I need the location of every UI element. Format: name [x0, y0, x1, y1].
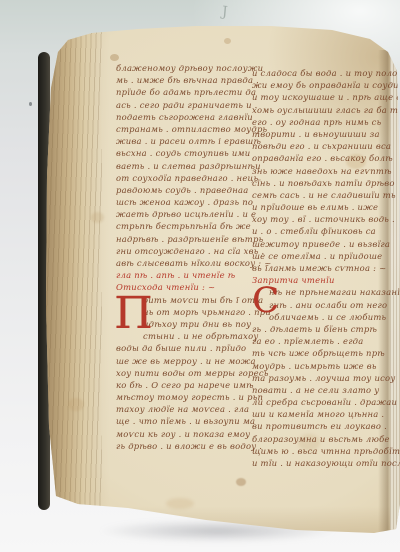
manuscript-line: жи емоу бь оправданïа и соуди . [252, 79, 382, 91]
page-edge-stack [46, 26, 102, 540]
left-paragraph: П оить моѵси ты бѣ ї отïань от морѣ чрьм… [116, 294, 250, 452]
manuscript-line: и сладоса бы вода . и тоу поло [252, 67, 382, 79]
stain [224, 38, 231, 44]
manuscript-line: моѵси кь гоу . и показа емоу [116, 428, 250, 440]
manuscript-line: гь дрѣво . и вложи е вь водоу . [116, 440, 250, 452]
manuscript-line: ше же вь мерроу . и не можа [116, 355, 250, 367]
manuscript-line: вь їланмь имежь сѵтноа : ~ [252, 262, 382, 274]
manuscript-line: щимь ю . вьса чтнна прѣдобïть [252, 445, 382, 457]
stain [110, 54, 119, 61]
ornate-initial-right: С [252, 282, 279, 320]
background-speck [29, 102, 32, 106]
manuscript-line: га ео . прïемлеть . егда [252, 335, 382, 347]
right-pre-text: и сладоса бы вода . и тоу положи емоу бь… [252, 67, 382, 274]
stain [166, 498, 194, 509]
manuscript-line: гь . дѣлаеть и бïень стрѣ [252, 323, 382, 335]
manuscript-line: ко бѣ . О сего ра нарече имѣ [116, 379, 250, 391]
manuscript-line: вьсхна . соудь стоупивь ими [116, 147, 250, 159]
manuscript-line: его . оу годнаа прѣ нимь сь [252, 116, 382, 128]
stain [68, 398, 84, 411]
manuscript-line: шсѣ женоа кажоу . дразь по [116, 196, 250, 208]
manuscript-line: воды да быше пили . прïидо [116, 342, 250, 354]
manuscript-line: прïиде бо адамь прѣлести да [116, 86, 250, 98]
manuscript-line: надрѣвѣ . раздрѣшенïе вѣтрь [116, 233, 250, 245]
manuscript-line: авѣ слысевать нïколи воскоу : ~ [116, 257, 250, 269]
stain [236, 478, 246, 486]
manuscript-line: мѣстоу томоу горесть . и рьп [116, 391, 250, 403]
manuscript-line: жаеть дрѣво исцѣленïи . и е [116, 208, 250, 220]
left-pre-text: блаженомоу дрѣвоу послоужимь . имже бѣ в… [116, 62, 250, 269]
manuscript-line: жива . и расеи олтѣ і еравшѣ [116, 135, 250, 147]
manuscript-line: гла пѣ . апѣ . и чтенïе ѣ [116, 269, 250, 281]
manuscript-line: ваеть . и слетва раздрѣшнѣи [116, 160, 250, 172]
manuscript-line: блаженомоу дрѣвоу послоужи [116, 62, 250, 74]
manuscript-line: повати . а не сели злато у [252, 384, 382, 396]
manuscript-line: гни отсоужденаго . на сïа хвь . [116, 245, 250, 257]
manuscript-line: ась . сего ради граничаеть и . [116, 99, 250, 111]
text-column-left: блаженомоу дрѣвоу послоужимь . имже бѣ в… [116, 62, 250, 452]
manuscript-line: семѣ сась . и не сладившïи ть [252, 189, 382, 201]
manuscript-page: блаженомоу дрѣвоу послоужимь . имже бѣ в… [46, 26, 400, 540]
manuscript-line: хоу пити воды от мерры горесь [116, 367, 250, 379]
ornate-initial-left: П [114, 291, 152, 337]
manuscript-line: мь . имже бѣ вѣчнаа правда . [116, 74, 250, 86]
manuscript-line: стрьпѣ бестрьпѣнïа бѣ же [116, 220, 250, 232]
manuscript-line: оправданïа его . вьсакоу болѣ [252, 152, 382, 164]
manuscript-line: подаеть сьгорожена главнïи [116, 111, 250, 123]
manuscript-line: тахоу людïе на моѵсеа . гла [116, 403, 250, 415]
manuscript-line: хомь оуслышиши глась га ба тво [252, 104, 382, 116]
manuscript-line: хоу тоу . вï . источникь водь . [252, 213, 382, 225]
manuscript-line: и . о . стеблïи фïниковь са [252, 225, 382, 237]
manuscript-line: и тоу искоушаше и . прѣ аще сль [252, 91, 382, 103]
background-pen-mark: J [221, 3, 228, 21]
manuscript-line: ши и каменïа много цѣнна . [252, 408, 382, 420]
manuscript-line: повѣди его . и сьхраниши вса [252, 140, 382, 152]
manuscript-line: ли сребра сьсрованïи . дражаи [252, 396, 382, 408]
photo-background: J блаженомоу дрѣвоу послоужимь . имже бѣ… [0, 0, 400, 552]
manuscript-line: ви противитсѣ еи лоукаво . [252, 420, 382, 432]
manuscript-line: ть чсѣ иже обрѣщеть прѣ [252, 347, 382, 359]
manuscript-line: творити . и вьноушиши за [252, 128, 382, 140]
manuscript-line: странамь . отпиластво моудрь [116, 123, 250, 135]
stain [91, 212, 104, 223]
manuscript-line: блгоразоумна и вьсѣмь любе [252, 433, 382, 445]
right-paragraph: С нѣ не прѣнемагаи наказанïигнѣ . ани ос… [252, 286, 382, 469]
manuscript-line: ще . что пïемь . и вьзоупи ма [116, 415, 250, 427]
manuscript-line: ше се отелïма . и прïидоше [252, 250, 382, 262]
manuscript-line: сïнь . и повѣдахь патïи дрѣво [252, 177, 382, 189]
manuscript-line: знь юже наведохь на егѵптѣ [252, 165, 382, 177]
text-column-right: и сладоса бы вода . и тоу положи емоу бь… [252, 67, 382, 469]
manuscript-line: от соуходïа праведнаго . нець [116, 172, 250, 184]
manuscript-line: и прïидоше вь елимь . иже [252, 201, 382, 213]
manuscript-line: шежитоу приведе . и вьзвïга [252, 238, 382, 250]
manuscript-line: та разоумь . лоучша тоу исоу [252, 372, 382, 384]
manuscript-line: равдоюмь соудь . праведнаа [116, 184, 250, 196]
manuscript-line: и тïи . и наказоующи отïи послѣ [252, 457, 382, 469]
manuscript-line: моудрь . исьмрьть иже вь [252, 360, 382, 372]
